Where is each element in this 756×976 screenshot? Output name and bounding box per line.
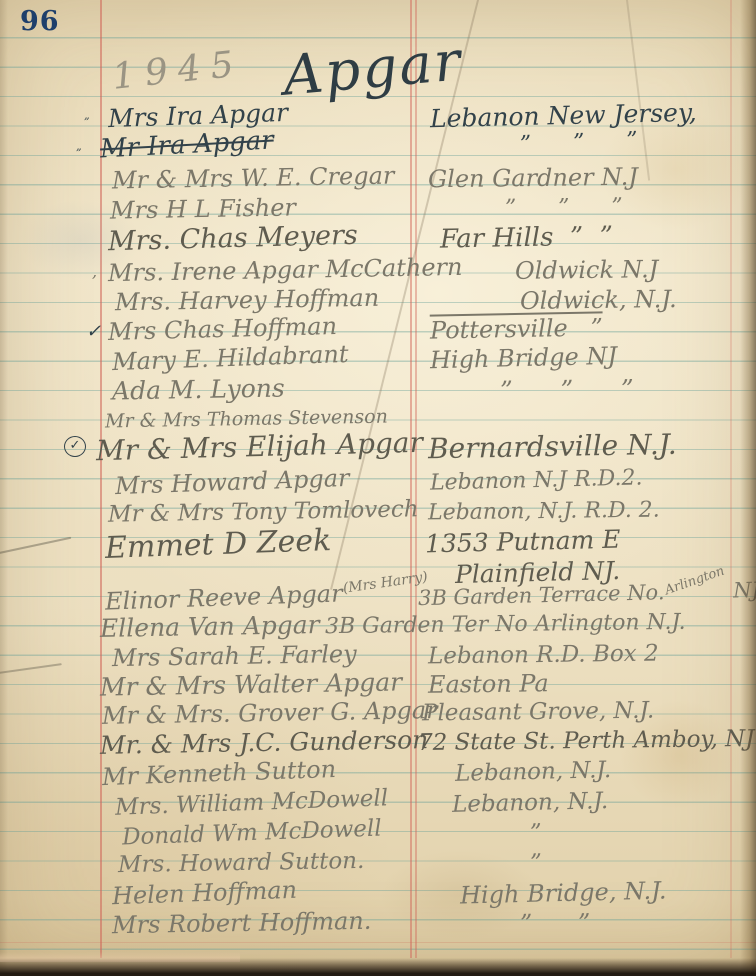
bottom-margin-line xyxy=(0,942,756,943)
tick-mark-icon: , xyxy=(92,262,97,281)
entry-name: Ada M. Lyons xyxy=(112,373,285,405)
entry-name-text: Mrs Robert Hoffman. xyxy=(112,907,372,940)
entry-address: Lebanon, N.J. xyxy=(455,757,612,787)
entry-name-text: Donald Wm McDowell xyxy=(122,815,382,850)
entry-address-text: 72 State St. Perth Amboy, NJ xyxy=(418,726,755,756)
entry-name-text: Mr Ira Apgar xyxy=(99,125,274,164)
entry-address-text: Oldwick, N.J. xyxy=(520,285,677,315)
entry-name: Mrs Robert Hoffman. xyxy=(112,907,372,940)
register-row: Mr. & Mrs J.C. Gunderson72 State St. Per… xyxy=(0,728,756,760)
entry-address-text: Bernardsville N.J. xyxy=(428,428,677,466)
entry-name: Mr & Mrs Tony Tomlovech xyxy=(108,496,419,527)
entry-address: Lebanon R.D. Box 2 xyxy=(428,641,659,670)
tick-mark-icon: „ xyxy=(76,140,82,153)
entry-address: Lebanon, N.J. xyxy=(452,788,609,818)
register-row: Donald Wm McDowell” xyxy=(0,820,756,852)
entry-name: Mrs. William McDowell xyxy=(115,785,389,821)
register-row: Ellena Van Apgar3B Garden Ter No Arlingt… xyxy=(0,612,756,644)
page-left-edge xyxy=(0,0,8,976)
entry-name: Mrs Sarah E. Farley xyxy=(112,640,357,672)
entry-name-text: Mrs Sarah E. Farley xyxy=(112,640,357,672)
register-row: „Mr Ira Apgar” ” ” xyxy=(0,130,756,162)
entry-address-text: Lebanon, N.J. xyxy=(452,788,609,818)
entry-address-text: ” xyxy=(530,820,542,846)
entry-address: ” ” xyxy=(520,909,591,938)
entry-address-text: Lebanon N.J R.D.2. xyxy=(430,465,643,495)
entry-address-text: Lebanon R.D. Box 2 xyxy=(428,641,659,670)
entry-name-text: Mr. & Mrs J.C. Gunderson xyxy=(100,725,429,760)
entry-name-note: (Mrs Harry) xyxy=(342,569,429,597)
entry-address-text: ” ” ” xyxy=(505,194,623,220)
entry-name: Mrs. Howard Sutton. xyxy=(118,848,365,878)
entry-address-text: Oldwick N.J xyxy=(515,255,659,285)
register-row: Mrs Robert Hoffman.” ” xyxy=(0,909,756,941)
entry-name-text: Ada M. Lyons xyxy=(112,373,285,405)
entry-address: 72 State St. Perth Amboy, NJ xyxy=(418,726,755,756)
entry-address-text: 3B Garden Terrace No. xyxy=(418,580,665,610)
entry-address-text: Glen Gardner N.J xyxy=(428,163,638,194)
entry-name: Mary E. Hildabrant xyxy=(112,340,349,376)
entry-address-text: ” ” ” xyxy=(500,374,634,405)
register-row: Mr & Mrs W. E. CregarGlen Gardner N.J xyxy=(0,164,756,196)
entry-address: 3B Garden Ter No Arlington N.J. xyxy=(325,610,686,639)
checkmark-icon: ✓ xyxy=(64,436,86,457)
entry-name: Elinor Reeve Apgar(Mrs Harry) xyxy=(105,576,429,615)
entry-name-text: Emmet D Zeek xyxy=(104,523,331,566)
entry-name: Mrs. Harvey Hoffman xyxy=(115,284,380,317)
entry-name-text: Helen Hoffman xyxy=(112,876,298,910)
entry-address: ” ” ” xyxy=(505,194,623,220)
entry-name-text: Mr & Mrs Elijah Apgar xyxy=(96,426,424,468)
tick-mark-icon: „ xyxy=(84,109,90,122)
entry-address-text: Pleasant Grove, N.J. xyxy=(422,698,655,727)
register-row: ✓Mr & Mrs Elijah ApgarBernardsville N.J. xyxy=(0,430,756,462)
register-row: Mrs. Chas MeyersFar Hills ” ” xyxy=(0,223,756,255)
checkmark-icon: ✓ xyxy=(86,321,101,342)
entry-address: Far Hills ” ” xyxy=(440,221,614,254)
entry-name-text: Mr & Mrs Tony Tomlovech xyxy=(108,496,419,527)
entry-name: Emmet D Zeek xyxy=(104,523,331,566)
entry-name-text: Mrs H L Fisher xyxy=(110,193,296,224)
entry-address: Glen Gardner N.J xyxy=(428,163,638,194)
entry-name: Donald Wm McDowell xyxy=(122,815,382,850)
entry-address: ” xyxy=(530,850,542,876)
entry-name-text: Mrs. Howard Sutton. xyxy=(118,848,365,878)
entry-name-text: Mrs. Chas Meyers xyxy=(108,220,359,258)
register-row: Emmet D Zeek1353 Putnam EPlainfield NJ. xyxy=(0,527,756,559)
book-bottom-edge xyxy=(0,958,756,976)
register-row: „Mrs Ira ApgarLebanon New Jersey, xyxy=(0,101,756,133)
entry-address: High Bridge, N.J. xyxy=(460,876,667,909)
entry-address: High Bridge NJ xyxy=(430,342,618,375)
entry-address-text: Lebanon, N.J. R.D. 2. xyxy=(428,498,660,526)
entry-address-text: Pottersville ” xyxy=(430,313,603,344)
entry-address-note: Arlington xyxy=(663,564,727,599)
entry-address-text: Lebanon New Jersey, xyxy=(430,98,697,134)
entry-address: Oldwick N.J xyxy=(515,255,659,285)
entry-name: Mr Ira Apgar xyxy=(99,125,274,164)
register-row: Mrs Howard ApgarLebanon N.J R.D.2. xyxy=(0,468,756,500)
entry-name: Mrs H L Fisher xyxy=(110,193,296,224)
entry-address: 1353 Putnam E xyxy=(425,525,621,559)
entry-address: Pottersville ” xyxy=(430,313,603,344)
entry-address-text: 1353 Putnam E xyxy=(425,525,621,559)
entry-address-text: ” xyxy=(530,850,542,876)
entry-name-text: Mrs. Irene Apgar McCathern xyxy=(108,253,463,287)
page-right-edge xyxy=(740,0,756,976)
ledger-page: 96 1945 Apgar „Mrs Ira ApgarLebanon New … xyxy=(0,0,756,976)
entry-name-text: Mary E. Hildabrant xyxy=(112,340,349,376)
entry-name: Mrs. Irene Apgar McCathern xyxy=(108,253,463,287)
entry-address-text: High Bridge NJ xyxy=(430,342,618,375)
entry-name: Mrs Howard Apgar xyxy=(115,464,350,500)
entry-address-text: ” ” xyxy=(520,909,591,938)
entry-address: Bernardsville N.J. xyxy=(428,428,677,466)
entry-name-text: Mr Kenneth Sutton xyxy=(102,755,337,791)
entry-name: Mrs. Chas Meyers xyxy=(108,220,359,258)
page-number: 96 xyxy=(20,6,60,37)
entry-address: Lebanon, N.J. R.D. 2. xyxy=(428,498,660,526)
register-row: ✓Mrs Chas HoffmanPottersville ” xyxy=(0,315,756,347)
entry-name-text: Mrs Howard Apgar xyxy=(115,464,350,500)
entry-address-text: ” ” ” xyxy=(520,128,639,157)
entry-address: Lebanon N.J R.D.2. xyxy=(430,465,643,495)
register-row: Mary E. HildabrantHigh Bridge NJ xyxy=(0,344,756,376)
entry-address-text: Easton Pa xyxy=(428,669,549,698)
year-heading: 1945 xyxy=(110,43,245,98)
surname-heading: Apgar xyxy=(281,28,465,107)
register-row: Elinor Reeve Apgar(Mrs Harry)3B Garden T… xyxy=(0,582,756,614)
entry-name-text: Ellena Van Apgar xyxy=(100,610,320,643)
entry-address: Lebanon New Jersey, xyxy=(430,98,697,134)
entry-address-text: High Bridge, N.J. xyxy=(460,876,667,909)
register-row: Ada M. Lyons” ” ” xyxy=(0,375,756,407)
register-row: Helen HoffmanHigh Bridge, N.J. xyxy=(0,879,756,911)
entry-name-text: Mrs. William McDowell xyxy=(115,785,389,821)
register-row: Mrs. Harvey HoffmanOldwick, N.J. xyxy=(0,286,756,318)
entry-name: Helen Hoffman xyxy=(112,876,298,910)
entry-name-text: Mrs. Harvey Hoffman xyxy=(115,284,380,317)
entry-address: ” xyxy=(530,820,542,846)
entry-address: Oldwick, N.J. xyxy=(520,285,677,315)
entry-name: Mr. & Mrs J.C. Gunderson xyxy=(100,725,429,760)
entry-address: Easton Pa xyxy=(428,669,549,698)
entry-name: Mr Kenneth Sutton xyxy=(102,755,337,791)
entry-address-text: 3B Garden Ter No Arlington N.J. xyxy=(325,610,686,639)
entry-address: 3B Garden Terrace No.Arlington NJ xyxy=(418,578,756,610)
entry-address: ” ” ” xyxy=(520,128,639,157)
entry-address-text: Far Hills ” ” xyxy=(440,221,614,254)
entry-address: ” ” ” xyxy=(500,374,634,405)
entry-name: Ellena Van Apgar xyxy=(100,610,320,643)
entry-name: Mr & Mrs Elijah Apgar xyxy=(96,426,424,468)
entry-address: Pleasant Grove, N.J. xyxy=(422,698,655,727)
entry-name: Mr & Mrs W. E. Cregar xyxy=(112,162,395,195)
entry-name-text: Mr & Mrs W. E. Cregar xyxy=(112,162,395,195)
entry-address-text: Lebanon, N.J. xyxy=(455,757,612,787)
